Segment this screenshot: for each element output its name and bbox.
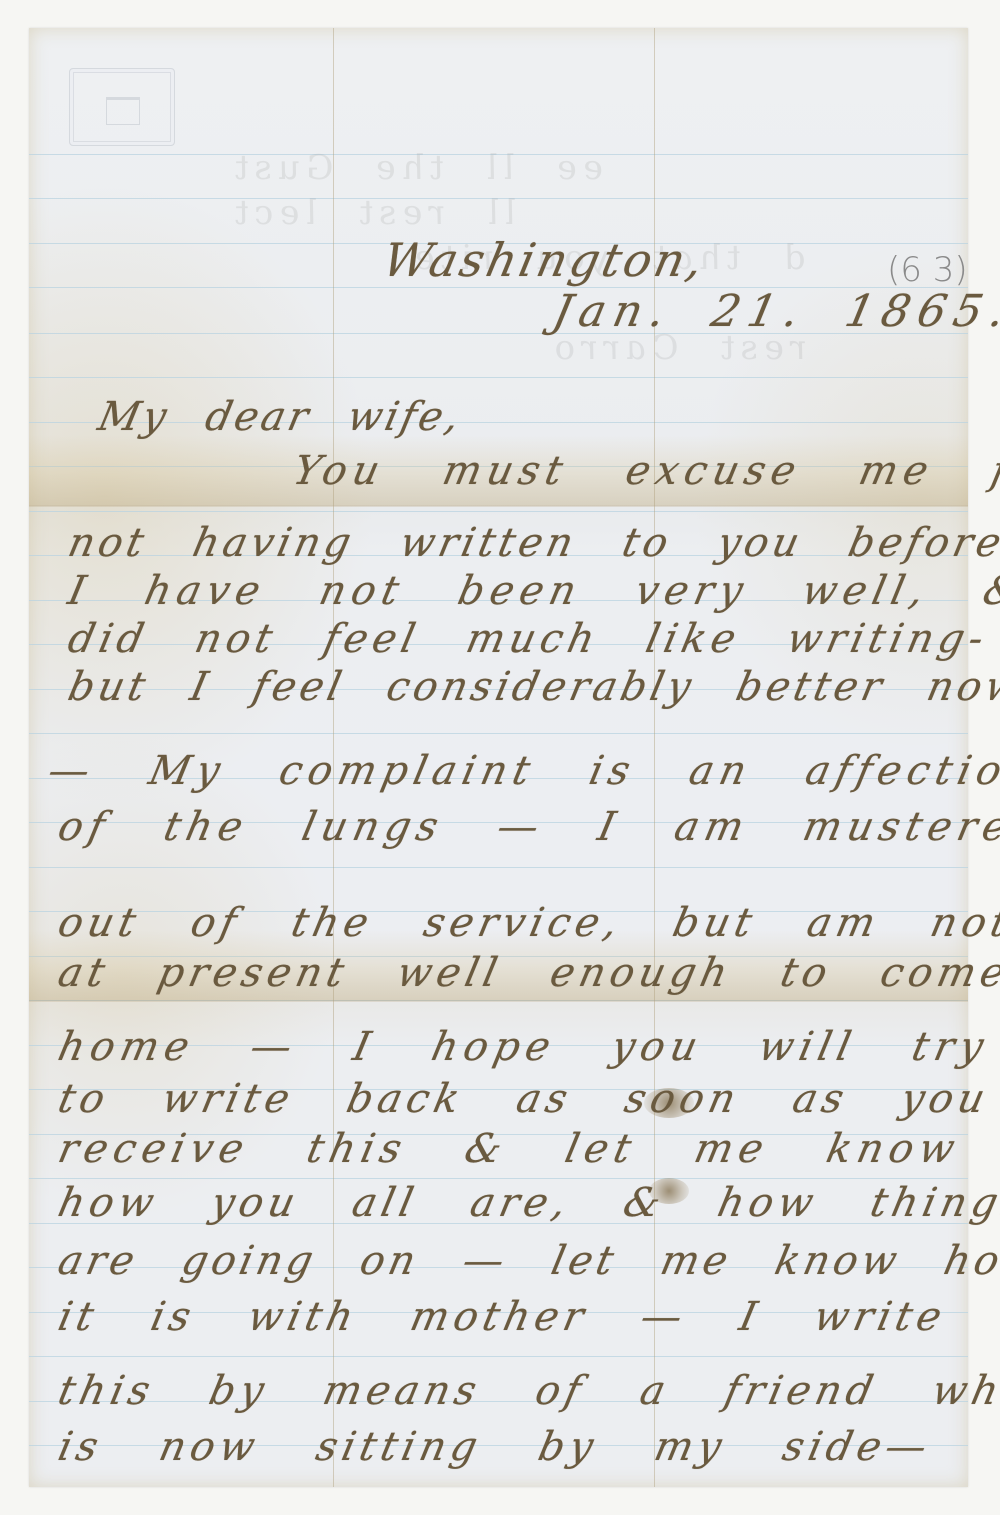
- body-line: it is with mother — I write: [54, 1294, 950, 1340]
- horizontal-fold: [29, 1000, 968, 1002]
- body-line: but I feel considerably better now: [64, 664, 1000, 710]
- body-line: how you all are, & how things: [54, 1180, 1000, 1226]
- salutation: My dear wife,: [94, 394, 466, 440]
- capitol-building-icon: [106, 97, 140, 125]
- pencil-annotation: (6 3): [887, 250, 968, 290]
- ruled-line: [29, 1356, 968, 1357]
- ruled-line: [29, 511, 968, 512]
- embossed-capitol-stamp-icon: [69, 68, 175, 146]
- body-line: is now sitting by my side—: [54, 1424, 936, 1470]
- body-line: home — I hope you will try: [54, 1024, 993, 1070]
- body-line: You must excuse me for: [289, 448, 1000, 494]
- horizontal-fold: [29, 505, 968, 507]
- body-line: of the lungs — I am mustered: [54, 804, 1000, 850]
- body-line: receive this & let me know: [54, 1126, 965, 1172]
- body-line: I have not been very well, &: [64, 568, 1000, 614]
- body-line: at present well enough to come: [54, 950, 1000, 996]
- body-line: to write back as soon as you: [54, 1076, 994, 1122]
- ruled-line: [29, 867, 968, 868]
- body-line: not having written to you before.: [64, 520, 1000, 566]
- ruled-line: [29, 377, 968, 378]
- body-line: — My complaint is an affection: [44, 748, 1000, 794]
- bleed-through-text: ee ll the Gust: [225, 148, 606, 188]
- letter-place: Washington,: [378, 233, 711, 287]
- ruled-line: [29, 733, 968, 734]
- letter-page: ee ll the Gust ll rest lect d that you r…: [29, 28, 968, 1487]
- ruled-line: [29, 1178, 968, 1179]
- body-line: this by means of a friend who: [54, 1368, 1000, 1414]
- bleed-through-text: ll rest lect: [225, 193, 519, 233]
- body-line: are going on — let me know how: [54, 1238, 1000, 1284]
- letter-date: Jan. 21. 1865.: [549, 286, 1000, 337]
- body-line: did not feel much like writing-: [64, 616, 992, 662]
- body-line: out of the service, but am not: [54, 900, 1000, 946]
